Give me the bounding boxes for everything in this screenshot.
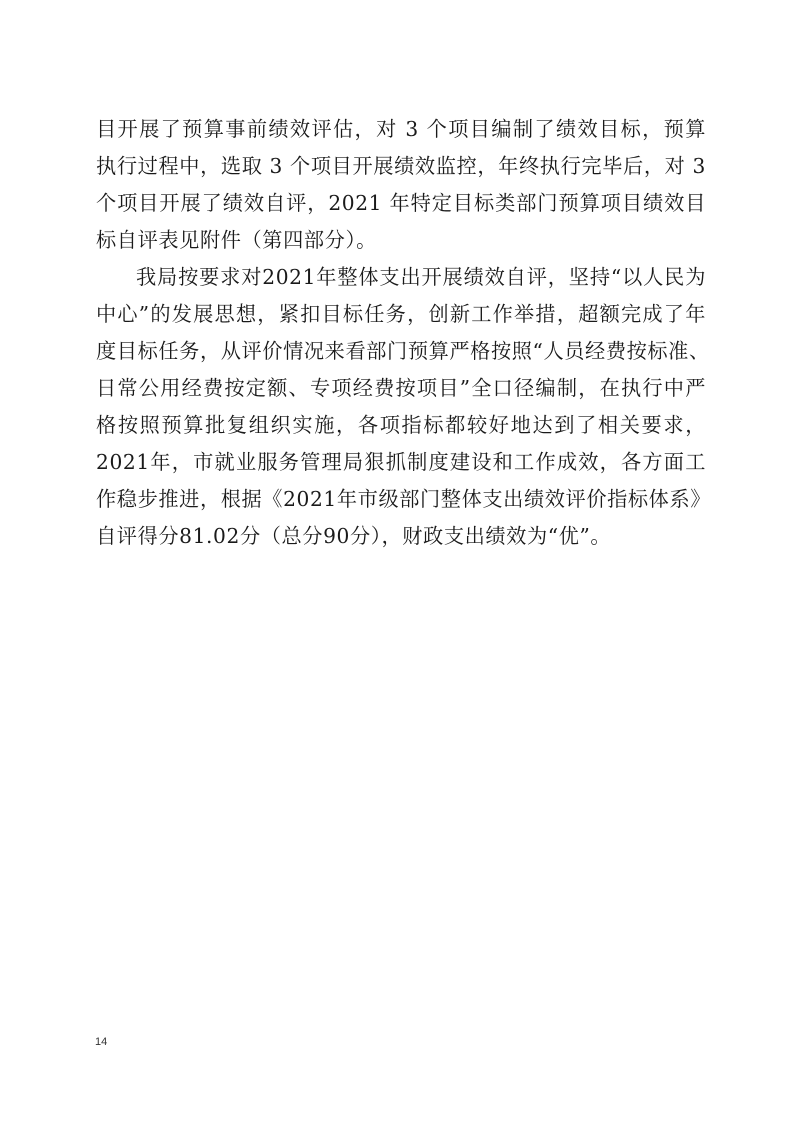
paragraph-1: 目开展了预算事前绩效评估，对 3 个项目编制了绩效目标，预算 执行过程中，选取 … [96,111,706,259]
text-line: 作稳步推进，根据《2021年市级部门整体支出绩效评价指标体系》 [96,481,706,518]
text-line: 度目标任务，从评价情况来看部门预算严格按照“人员经费按标准、 [96,333,706,370]
text-line: 目开展了预算事前绩效评估，对 3 个项目编制了绩效目标，预算 [96,111,706,148]
text-line: 个项目开展了绩效自评，2021 年特定目标类部门预算项目绩效目 [96,185,706,222]
text-line: 我局按要求对2021年整体支出开展绩效自评，坚持“以人民为 [96,259,706,296]
text-line: 标自评表见附件（第四部分）。 [96,222,706,259]
text-line: 日常公用经费按定额、专项经费按项目”全口径编制，在执行中严 [96,370,706,407]
text-line: 2021年，市就业服务管理局狠抓制度建设和工作成效，各方面工 [96,444,706,481]
page-number: 14 [95,1036,107,1048]
text-line: 中心”的发展思想，紧扣目标任务，创新工作举措，超额完成了年 [96,296,706,333]
paragraph-2: 我局按要求对2021年整体支出开展绩效自评，坚持“以人民为 中心”的发展思想，紧… [96,259,706,555]
text-line: 格按照预算批复组织实施，各项指标都较好地达到了相关要求， [96,407,706,444]
text-line: 执行过程中，选取 3 个项目开展绩效监控，年终执行完毕后，对 3 [96,148,706,185]
text-line: 自评得分81.02分（总分90分），财政支出绩效为“优”。 [96,518,706,555]
body-text: 目开展了预算事前绩效评估，对 3 个项目编制了绩效目标，预算 执行过程中，选取 … [96,111,706,555]
document-page: 目开展了预算事前绩效评估，对 3 个项目编制了绩效目标，预算 执行过程中，选取 … [0,0,794,1122]
